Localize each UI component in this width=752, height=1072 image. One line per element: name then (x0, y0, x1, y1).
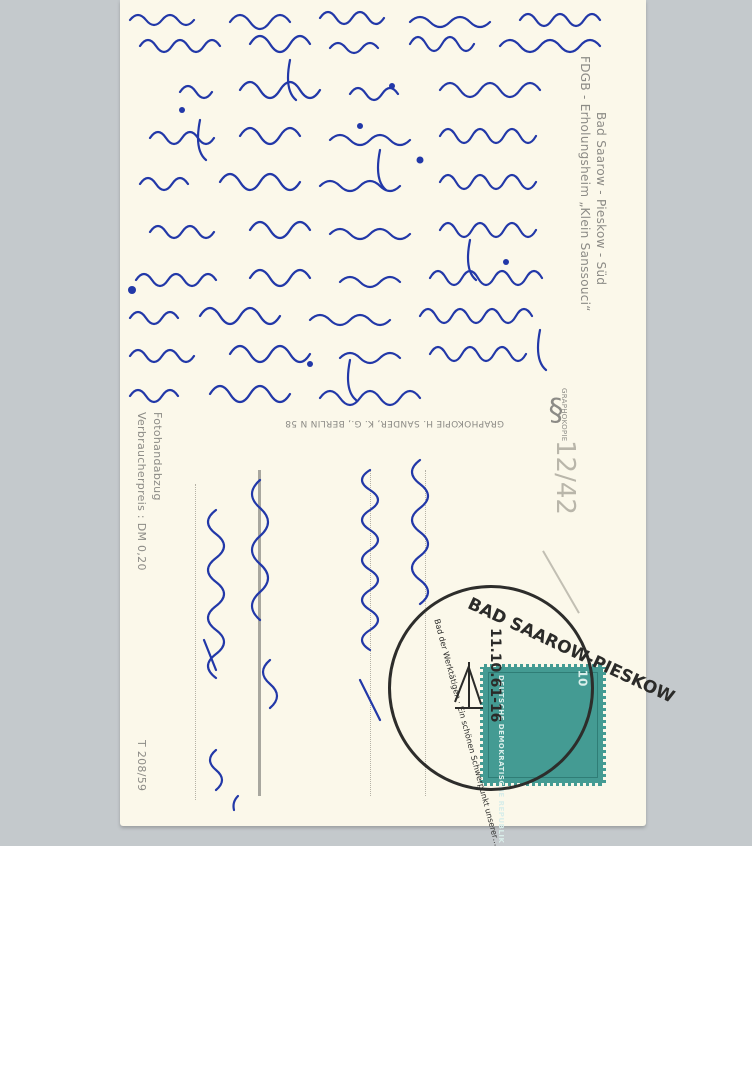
address-city: Leipzig S 3 (255, 484, 276, 581)
publisher-line: GRAPHOKOPIE H. SANDER, K. G., BERLIN N 5… (285, 418, 504, 428)
location-title: Bad Saarow - Pieskow - Süd (594, 112, 608, 285)
postcard: Bad Saarow - Pieskow - Süd FDGB - Erholu… (120, 0, 646, 826)
postmark-sailboat-icon (451, 658, 487, 718)
address-line-3 (370, 470, 371, 796)
logo-text: GRAPHOKOPIE (560, 388, 568, 442)
address-line1: Fräulein (417, 460, 438, 531)
postmark: BAD SAAROW-PIESKOW 11.10.61-16 Bad der W… (388, 585, 594, 791)
subtitle: FDGB - Erholungsheim „Klein Sanssouci“ (578, 56, 592, 312)
postmark-date: 11.10.61-16 (487, 628, 503, 722)
address-street: …str. 57 (211, 510, 232, 585)
catalog-number: T 208/59 (135, 740, 148, 791)
price-label: Verbraucherpreis : DM 0,20 (135, 412, 148, 571)
address-line-1 (195, 484, 196, 800)
graphokopie-logo-icon: § (535, 390, 577, 432)
pencil-note: 12/42 (550, 440, 580, 515)
photo-type-label: Fotohandabzug (151, 412, 164, 501)
